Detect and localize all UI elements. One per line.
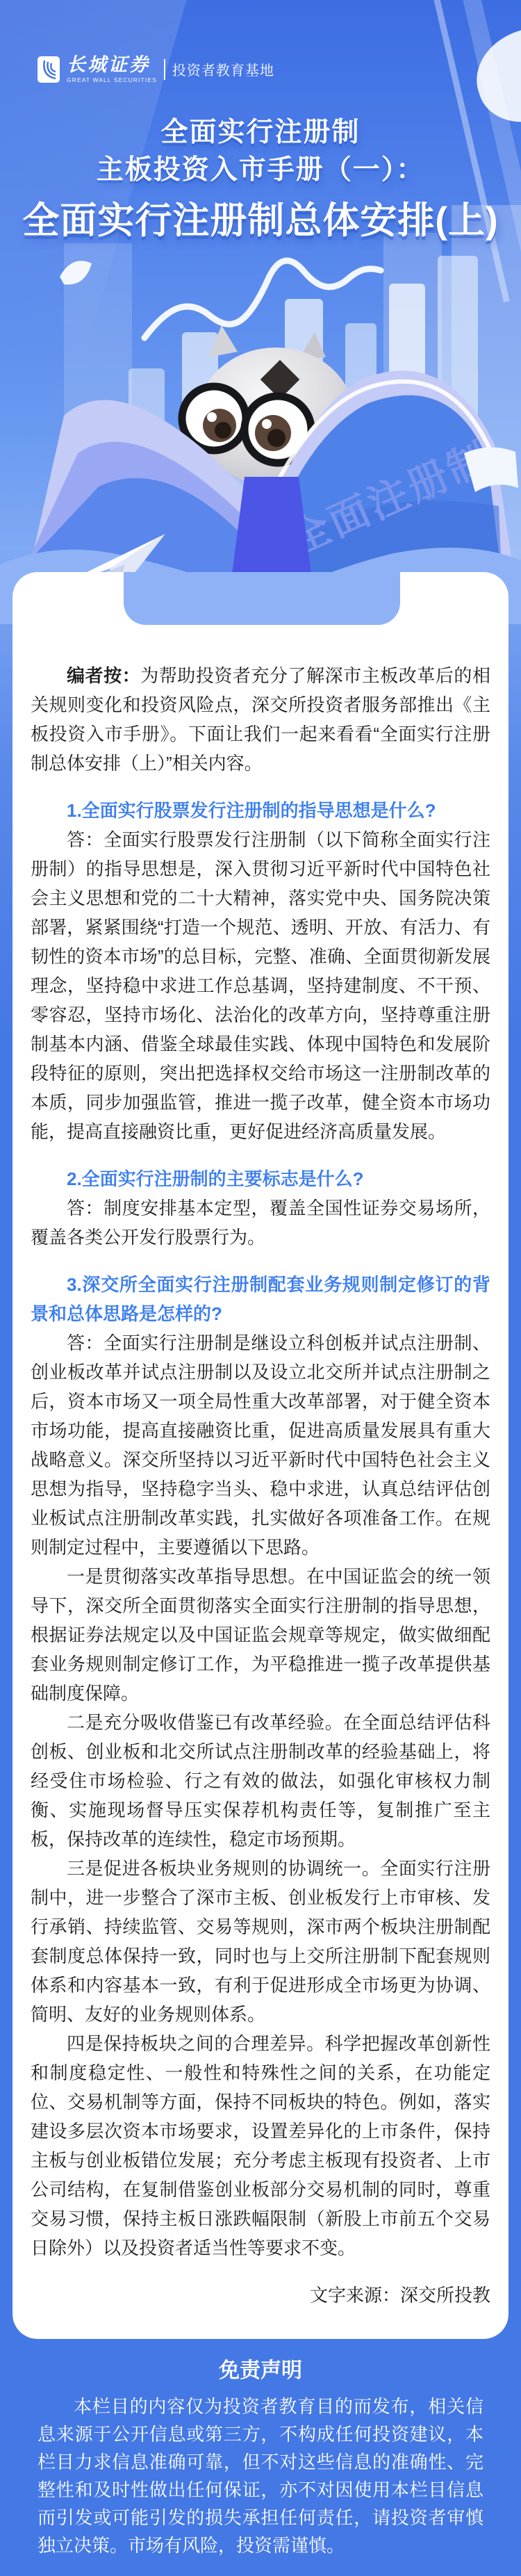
card-top-tab bbox=[124, 572, 400, 625]
hero-illustration: 全面注册制 bbox=[0, 0, 521, 626]
disclaimer-title: 免责声明 bbox=[0, 2358, 521, 2384]
owl-book-chart-illustration: 全面注册制 bbox=[0, 0, 521, 626]
title-line-2: 主板投资入市手册（一）： bbox=[0, 152, 521, 189]
answer-paragraph: 答：全面实行注册制是继设立科创板并试点注册制、创业板改革并试点注册制以及设立北交… bbox=[31, 1328, 490, 1562]
brand-name-english: GREAT WALL SECURITIES bbox=[67, 77, 157, 83]
disclaimer-text: 本栏目的内容仅为投资者教育目的而发布，相关信息来源于公开信息或第三方，不构成任何… bbox=[38, 2392, 483, 2559]
disclaimer-section: 免责声明 本栏目的内容仅为投资者教育目的而发布，相关信息来源于公开信息或第三方，… bbox=[0, 2358, 521, 2559]
title-line-3: 全面实行注册制总体安排(上) bbox=[0, 200, 521, 242]
trend-line-decoration bbox=[144, 261, 381, 338]
answer-paragraph: 答：制度安排基本定型，覆盖全国性证券交易场所，覆盖各类公开发行股票行为。 bbox=[31, 1193, 490, 1252]
editor-note: 编者按：为帮助投资者充分了解深市主板改革后的相关规则变化和投资风险点，深交所投资… bbox=[31, 661, 490, 778]
answer-paragraph: 四是保持板块之间的合理差异。科学把握改革创新性和制度稳定性、一般性和特殊性之间的… bbox=[31, 2029, 490, 2263]
question-heading: 2.全面实行注册制的主要标志是什么? bbox=[31, 1164, 490, 1193]
answer-paragraph: 二是充分吸收借鉴已有改革经验。在全面总结评估科创板、创业板和北交所试点注册制改革… bbox=[31, 1708, 490, 1854]
source-line: 文字来源：深交所投教 bbox=[31, 2281, 490, 2310]
brand-logo: 长城证券 GREAT WALL SECURITIES 投资者教育基地 bbox=[38, 56, 274, 83]
question-heading: 1.全面实行股票发行注册制的指导思想是什么? bbox=[31, 796, 490, 825]
article-card: 编者按：为帮助投资者充分了解深市主板改革后的相关规则变化和投资风险点，深交所投资… bbox=[13, 572, 508, 2339]
answer-paragraph: 三是促进各板块业务规则的协调统一。全面实行注册制中，进一步整合了深市主板、创业板… bbox=[31, 1854, 490, 2029]
editor-note-label: 编者按： bbox=[67, 665, 140, 686]
brand-tagline: 投资者教育基地 bbox=[172, 59, 274, 79]
page-title: 全面实行注册制 主板投资入市手册（一）： 全面实行注册制总体安排(上) bbox=[0, 114, 521, 242]
page: 全面注册制 长城证券 G bbox=[0, 0, 521, 2576]
brand-logo-icon bbox=[38, 56, 60, 83]
logo-divider bbox=[164, 59, 165, 80]
qa-list: 1.全面实行股票发行注册制的指导思想是什么?答：全面实行股票发行注册制（以下简称… bbox=[31, 796, 490, 2263]
question-heading: 3.深交所全面实行注册制配套业务规则制定修订的背景和总体思路是怎样的? bbox=[31, 1270, 490, 1328]
brand-name: 长城证券 bbox=[67, 56, 157, 74]
title-line-1: 全面实行注册制 bbox=[0, 114, 521, 152]
answer-paragraph: 答：全面实行股票发行注册制（以下简称全面实行注册制）的指导思想是，深入贯彻习近平… bbox=[31, 825, 490, 1146]
answer-paragraph: 一是贯彻落实改革指导思想。在中国证监会的统一领导下，深交所全面贯彻落实全面实行注… bbox=[31, 1562, 490, 1708]
article-body: 编者按：为帮助投资者充分了解深市主板改革后的相关规则变化和投资风险点，深交所投资… bbox=[13, 572, 508, 2310]
